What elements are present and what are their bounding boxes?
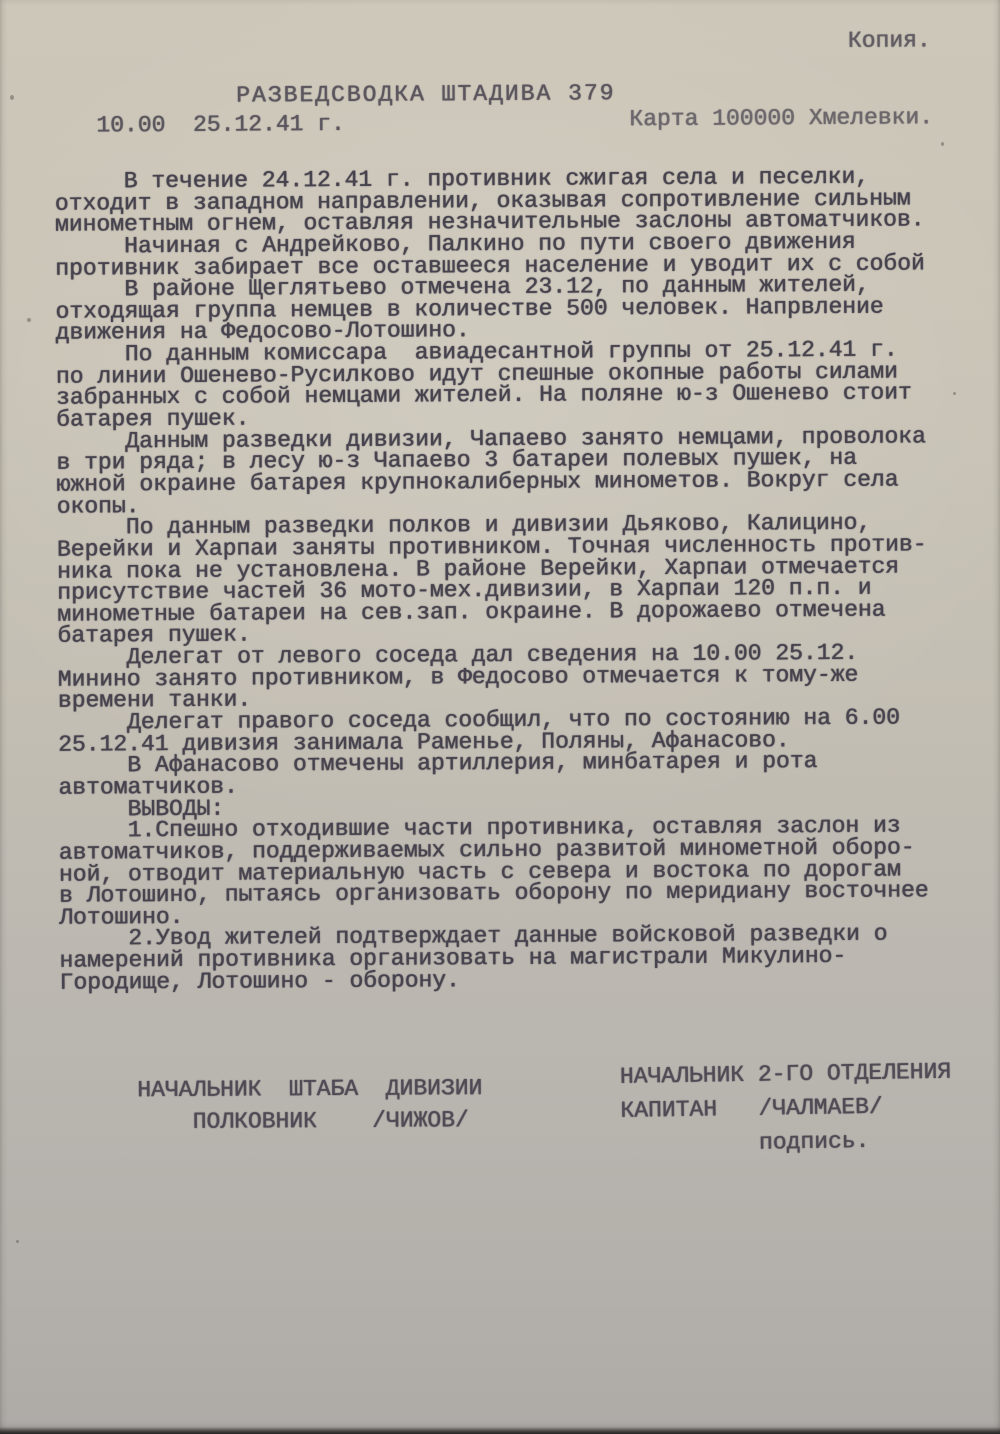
- document-title: РАЗВЕДСВОДКА ШТАДИВА 379: [236, 83, 615, 107]
- scanned-page-content: Копия. РАЗВЕДСВОДКА ШТАДИВА 379 10.00 25…: [0, 0, 1000, 1434]
- copy-stamp: Копия.: [848, 30, 931, 52]
- document-scan: Копия. РАЗВЕДСВОДКА ШТАДИВА 379 10.00 25…: [0, 0, 1000, 1434]
- signature-line: КАПИТАН /ЧАЛМАЕВ/: [620, 1089, 952, 1128]
- signature-block-left: НАЧАЛЬНИК ШТАБА ДИВИЗИИ ПОЛКОВНИК /ЧИЖОВ…: [137, 1072, 482, 1138]
- document-body: В течение 24.12.41 г. противник сжигая с…: [55, 166, 960, 994]
- document-line: Городище, Лотошино - оборону.: [60, 967, 960, 994]
- document-datetime: 10.00 25.12.41 г.: [96, 114, 345, 137]
- document-line: в Лотошино, пытаясь организовать оборону…: [59, 880, 959, 907]
- signature-line: НАЧАЛЬНИК 2-ГО ОТДЕЛЕНИЯ: [620, 1055, 952, 1094]
- signature-line: ПОЛКОВНИК /ЧИЖОВ/: [137, 1104, 482, 1138]
- map-reference: Карта 100000 Хмелевки.: [629, 107, 933, 131]
- document-line: южной окраине батарея крупнокалиберных м…: [57, 469, 957, 496]
- signature-line: подпись.: [621, 1123, 953, 1162]
- signature-block-right: НАЧАЛЬНИК 2-ГО ОТДЕЛЕНИЯКАПИТАН /ЧАЛМАЕВ…: [620, 1055, 953, 1162]
- signature-line: НАЧАЛЬНИК ШТАБА ДИВИЗИИ: [137, 1072, 482, 1106]
